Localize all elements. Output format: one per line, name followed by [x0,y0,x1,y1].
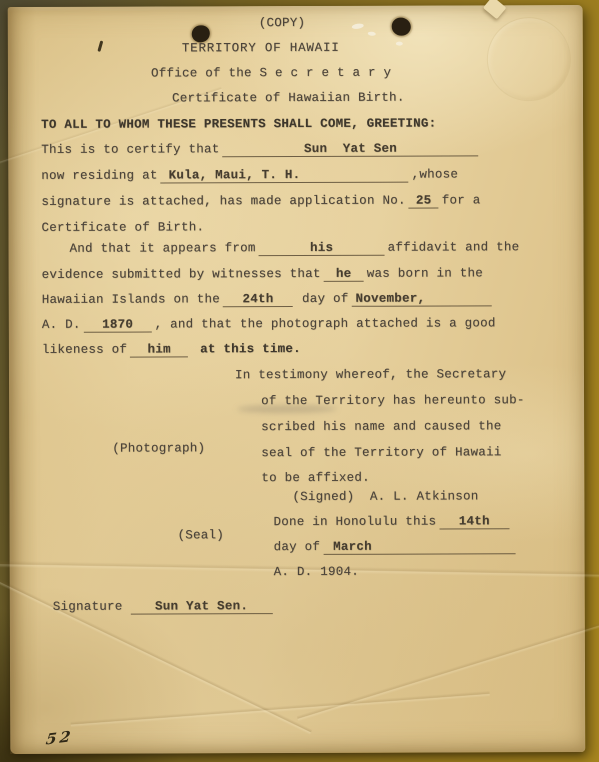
certify-prefix: This is to certify that [41,142,219,157]
likeness-prefix: likeness of [42,343,127,357]
affidavit-prefix: And that it appears from [70,241,256,256]
application-suffix: for a [442,193,481,207]
photograph-label: (Photograph) [112,441,205,455]
done-mid: day of [274,540,321,554]
likeness-suffix: at this time. [200,342,301,356]
paper-chip [351,23,364,30]
territory-heading: TERRITORY OF HAWAII [182,41,340,56]
testimony-line-1: In testimony whereof, the Secretary [235,367,506,382]
certify-line: This is to certify thatSun Yat Sen [41,141,481,158]
likeness-line: likeness ofhimat this time. [42,342,301,358]
him-field: him [130,342,188,357]
paper-edge-shading [8,7,39,754]
his-field: his [259,241,385,256]
signed-line: (Signed) A. L. Atkinson [292,489,478,504]
done-day-field: 14th [439,514,509,529]
page-number: 52 [45,727,75,748]
he-field: he [324,267,364,282]
punch-hole-right [392,18,411,36]
residence-field: Kula, Maui, T. H. [161,168,409,184]
certificate-title: Certificate of Hawaiian Birth. [172,91,405,106]
born-prefix: Hawaiian Islands on the [42,292,220,307]
done-year-line: A. D. 1904. [274,565,359,579]
seal-label: (Seal) [178,528,225,542]
signature-line: SignatureSun Yat Sen. [53,599,276,615]
crease [297,615,599,721]
done-prefix: Done in Honolulu this [273,515,436,530]
pen-mark [97,40,103,51]
affidavit-suffix: affidavit and the [388,240,520,254]
year-field: 1870 [84,318,152,333]
day-field: 24th [223,292,293,307]
paper-chip [396,42,403,46]
residence-line: now residing atKula, Maui, T. H.,whose [41,167,458,183]
testimony-line-5: to be affixed. [261,471,370,485]
birth-year-line: A. D.1870, and that the photograph attac… [42,316,496,333]
application-line: signature is attached, has made applicat… [41,193,480,210]
witnesses-line: evidence submitted by witnesses thathewa… [42,266,483,283]
witnesses-prefix: evidence submitted by witnesses that [42,267,321,282]
signature-label: Signature [53,600,123,614]
scan-background: (COPY) TERRITORY OF HAWAII Office of the… [0,0,599,762]
done-month-field: March [323,539,515,555]
year-suffix: , and that the photograph attached is a … [155,316,496,331]
paper-chip [368,31,376,36]
punch-hole-left [192,25,210,42]
testimony-line-2: of the Territory has hereunto sub- [261,393,525,408]
birth-date-line: Hawaiian Islands on the24thday ofNovembe… [42,291,495,308]
testimony-line-3: scribed his name and caused the [261,419,501,434]
name-field: Sun Yat Sen [222,141,478,157]
residence-prefix: now residing at [41,168,157,182]
certificate-of-birth-line: Certificate of Birth. [41,220,204,235]
done-line: Done in Honolulu this14th [273,514,512,530]
residence-suffix: ,whose [412,167,459,181]
witnesses-suffix: was born in the [367,266,483,280]
office-heading: Office of the S e c r e t a r y [151,66,391,81]
done-month-line: day ofMarch [274,539,519,555]
signature-value: Sun Yat Sen. [131,599,273,614]
application-prefix: signature is attached, has made applicat… [41,194,405,209]
copy-label: (COPY) [259,16,306,30]
month-field: November, [351,291,491,306]
crease [70,691,489,728]
testimony-line-4: seal of the Territory of Hawaii [261,445,501,460]
embossed-seal [487,17,571,101]
year-prefix: A. D. [42,318,81,332]
document-page: (COPY) TERRITORY OF HAWAII Office of the… [8,5,586,754]
born-mid: day of [302,292,349,306]
crease [0,564,312,735]
greeting-line: TO ALL TO WHOM THESE PRESENTS SHALL COME… [41,117,436,132]
paper-tear [483,0,506,19]
affidavit-line: And that it appears fromhisaffidavit and… [70,240,520,257]
application-number: 25 [409,194,439,209]
